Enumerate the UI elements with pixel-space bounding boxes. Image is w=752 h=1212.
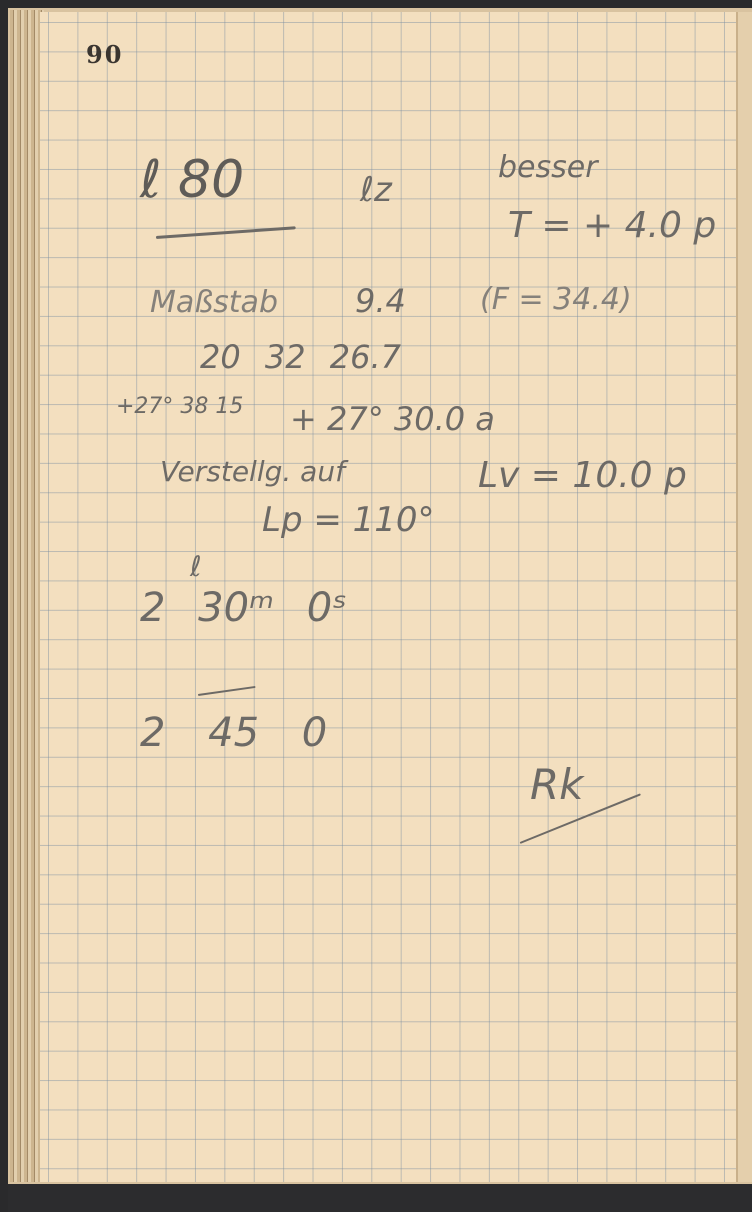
page-number: 90 — [86, 40, 123, 69]
next-page-edge — [736, 12, 752, 1182]
header-word: besser — [498, 150, 598, 185]
line6-mark: ℓ — [190, 550, 202, 583]
line4-value: Lv = 10.0 p — [478, 455, 687, 496]
signature: Rk — [530, 760, 584, 809]
header-label: ℓ 80 — [140, 150, 244, 210]
line3-right: + 27° 30.0 a — [290, 400, 495, 438]
line1-value: 9.4 — [355, 282, 406, 320]
header-abbrev: ℓz — [360, 170, 392, 210]
page-edges — [10, 10, 44, 1182]
line7: 2 45 0 — [140, 710, 327, 756]
line6: 2 30ᵐ 0ˢ — [140, 585, 347, 631]
cover-bottom — [8, 1184, 752, 1212]
header-value: T = + 4.0 p — [508, 205, 716, 246]
line4-word: Verstellg. auf — [160, 455, 345, 488]
line2-values: 20 32 26.7 — [200, 338, 401, 376]
line3-left: +27° 38 15 — [116, 394, 243, 419]
line5: Lp = 110° — [262, 500, 435, 540]
line1-paren: (F = 34.4) — [480, 282, 632, 317]
line1-word: Maßstab — [150, 285, 278, 320]
